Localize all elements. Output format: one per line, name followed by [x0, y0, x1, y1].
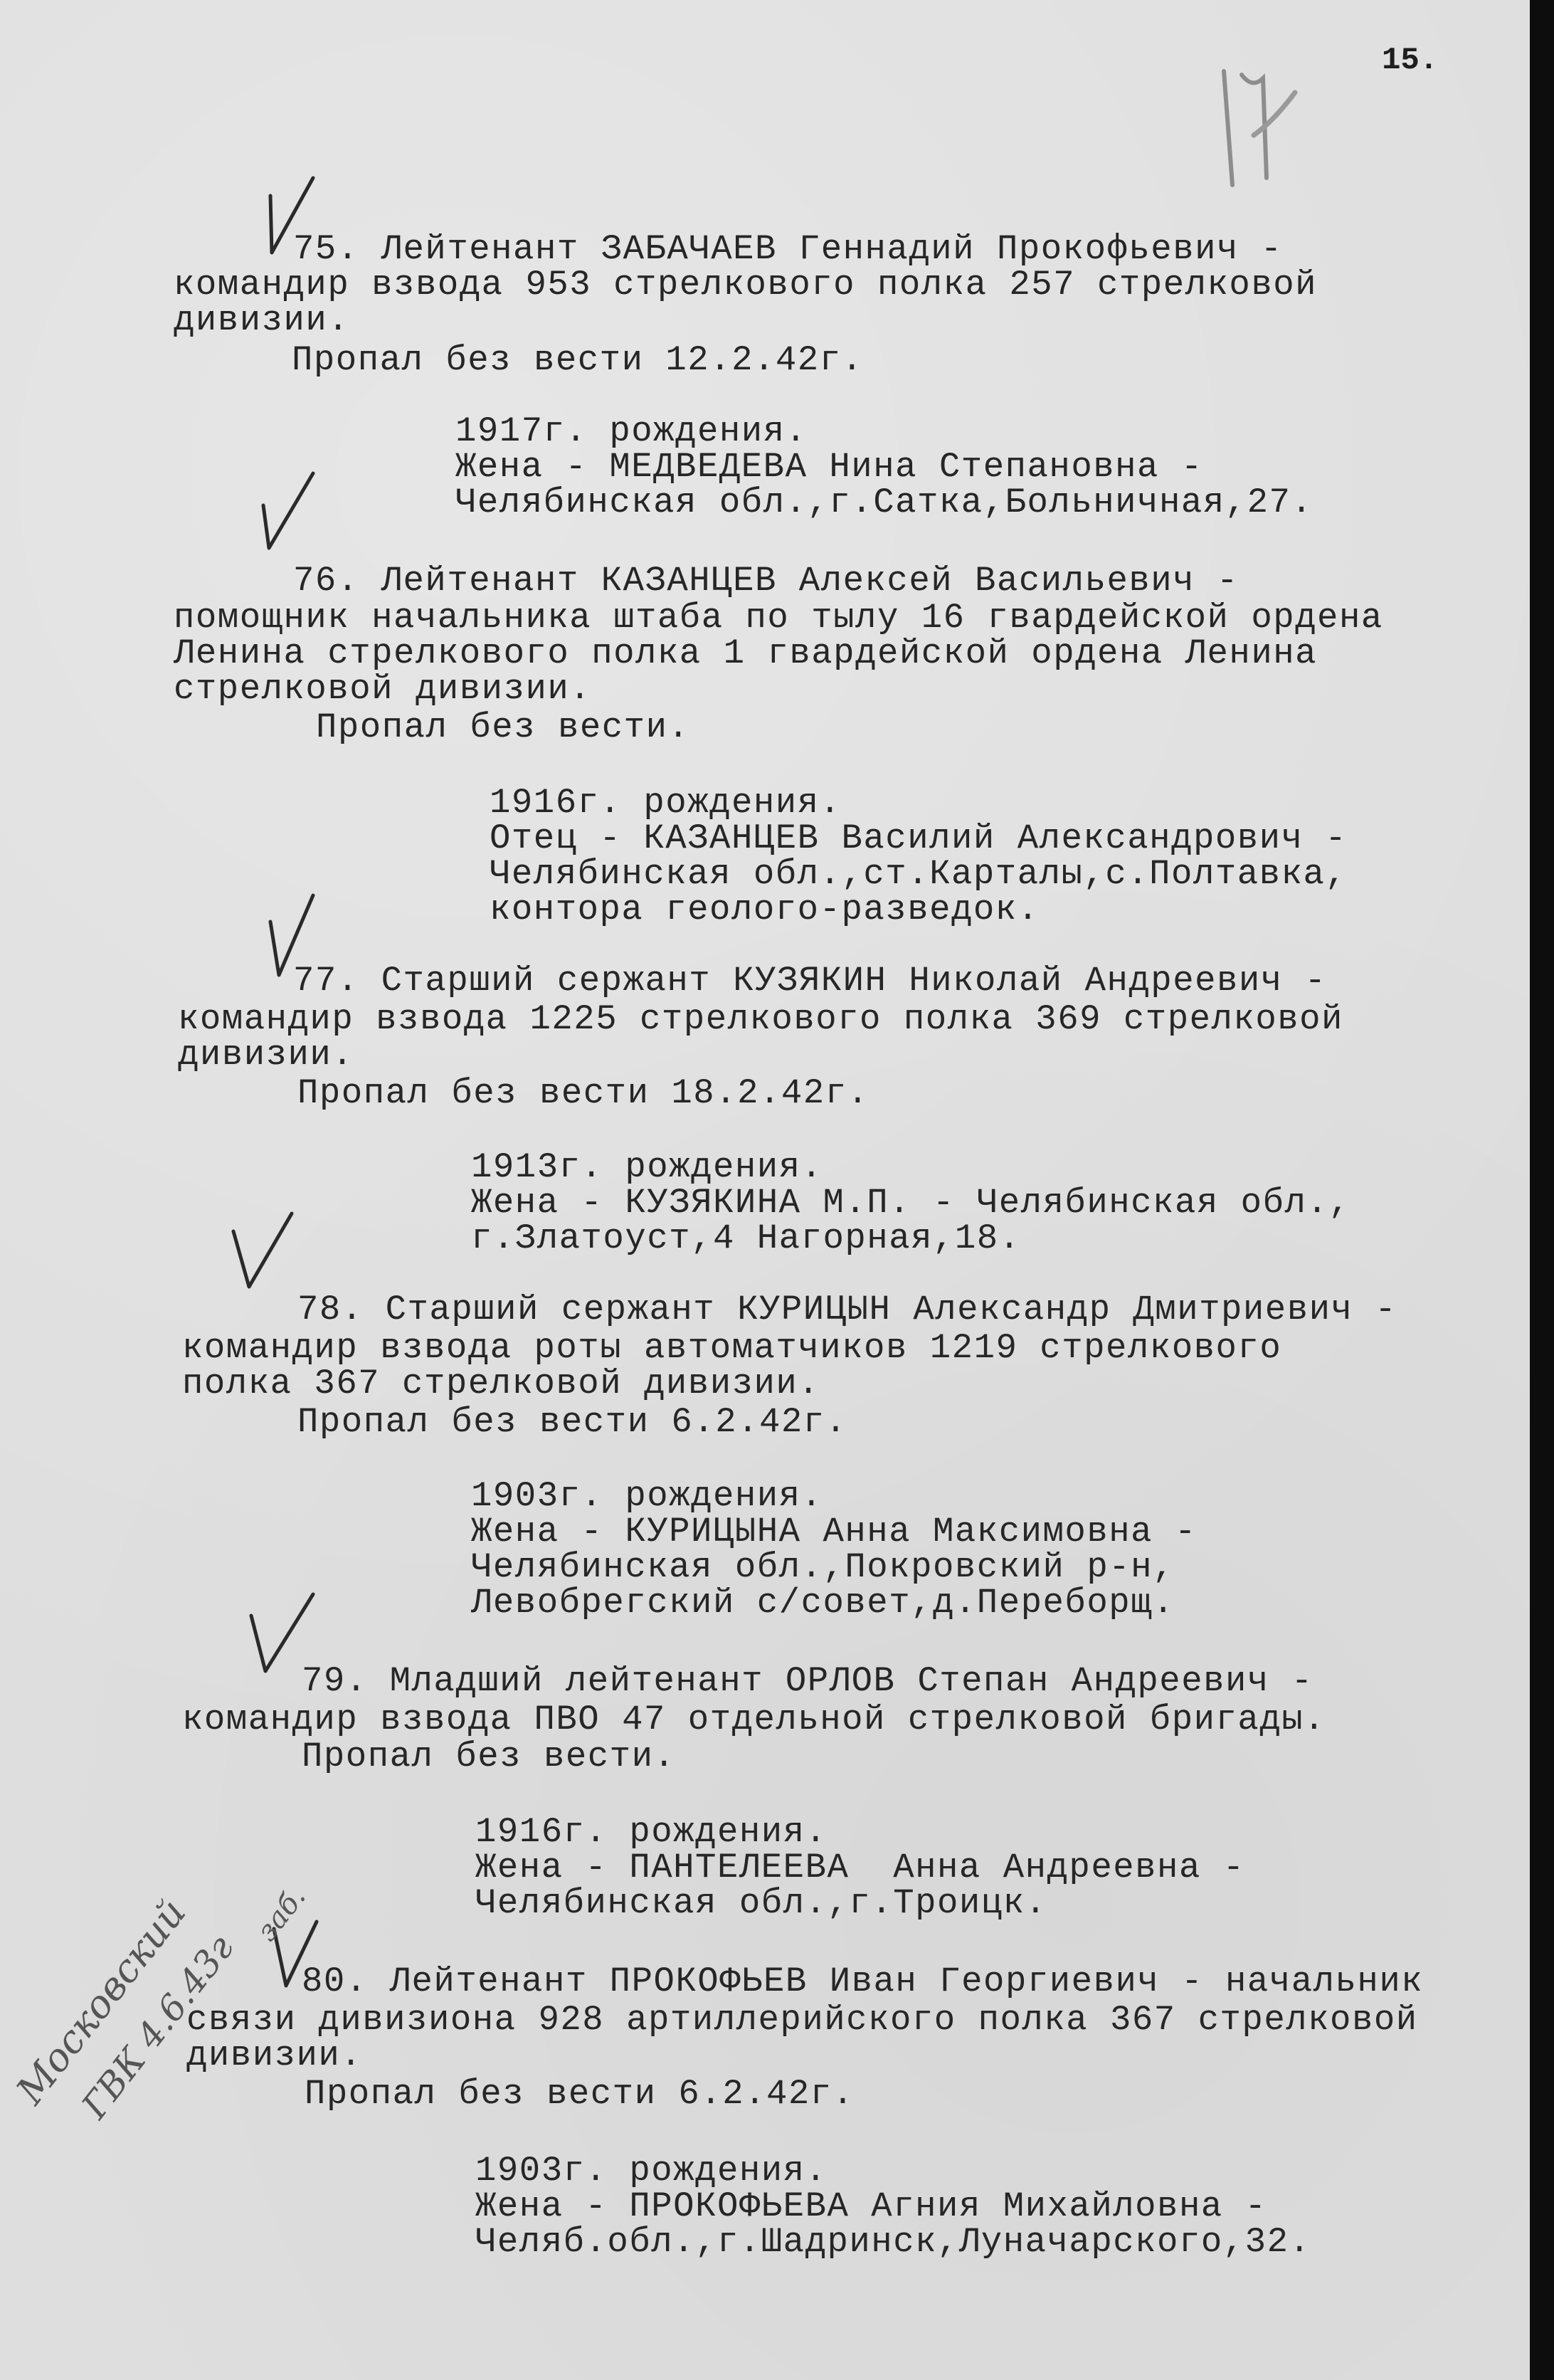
entry-header: 75. Лейтенант ЗАБАЧАЕВ Геннадий Прокофье… [293, 229, 1283, 269]
entry-birth: 1913г. рождения. [471, 1147, 823, 1187]
entry-position: дивизии. [174, 300, 349, 340]
entry-position: стрелковой дивизии. [174, 669, 591, 709]
entry-birth: 1916г. рождения. [490, 783, 841, 823]
entry-relative: г.Златоуст,4 Нагорная,18. [471, 1218, 1021, 1258]
entry-position: командир взвода 1225 стрелкового полка 3… [178, 999, 1343, 1039]
handwritten-page-number [1210, 50, 1366, 192]
entry-relative: Челябинская обл.,г.Сатка,Больничная,27. [455, 483, 1313, 522]
entry-header: 77. Старший сержант КУЗЯКИН Николай Андр… [293, 961, 1327, 1001]
scan-edge-border [1530, 0, 1554, 2380]
entry-relative: Левобрегский с/совет,д.Переборщ. [471, 1583, 1175, 1623]
entry-position: полка 367 стрелковой дивизии. [182, 1364, 820, 1404]
entry-birth: 1903г. рождения. [471, 1476, 823, 1516]
entry-header: 80. Лейтенант ПРОКОФЬЕВ Иван Георгиевич … [302, 1962, 1423, 2001]
entry-relative: Жена - ПРОКОФЬЕВА Агния Михайловна - [475, 2186, 1267, 2226]
entry-relative: Челябинская обл.,ст.Карталы,с.Полтавка, [490, 854, 1347, 894]
entry-status: Пропал без вести 6.2.42г. [297, 1402, 847, 1442]
check-mark-icon [228, 1203, 306, 1295]
archival-document-page: 15. Московский ГВК 4.6.43г заб. 75. Лейт… [0, 0, 1530, 2380]
entry-status: Пропал без вести 12.2.42г. [292, 340, 864, 380]
entry-status: Пропал без вести. [316, 707, 689, 747]
entry-relative: Челябинская обл.,Покровский р-н, [471, 1547, 1175, 1587]
entry-relative: Жена - МЕДВЕДЕВА Нина Степановна - [455, 447, 1203, 487]
entry-status: Пропал без вести 18.2.42г. [297, 1073, 869, 1113]
entry-birth: 1916г. рождения. [475, 1812, 827, 1852]
entry-header: 78. Старший сержант КУРИЦЫН Александр Дм… [297, 1290, 1397, 1329]
entry-relative: Жена - ПАНТЕЛЕЕВА Анна Андреевна - [475, 1848, 1245, 1887]
entry-header: 79. Младший лейтенант ОРЛОВ Степан Андре… [302, 1661, 1313, 1701]
entry-relative: Жена - КУЗЯКИНА М.П. - Челябинская обл., [471, 1183, 1350, 1223]
entry-position: помощник начальника штаба по тылу 16 гва… [174, 598, 1383, 638]
entry-position: дивизии. [178, 1035, 354, 1075]
svg-text:заб.: заб. [250, 1881, 312, 1948]
entry-relative: Жена - КУРИЦЫНА Анна Максимовна - [471, 1512, 1197, 1552]
entry-position: командир взвода 953 стрелкового полка 25… [174, 265, 1317, 305]
entry-status: Пропал без вести 6.2.42г. [305, 2074, 855, 2114]
entry-relative: Челяб.обл.,г.Шадринск,Луначарского,32. [475, 2222, 1311, 2262]
entry-status: Пропал без вести. [302, 1737, 675, 1776]
page-number: 15. [1382, 43, 1438, 78]
entry-header: 76. Лейтенант КАЗАНЦЕВ Алексей Васильеви… [293, 561, 1239, 601]
entry-birth: 1903г. рождения. [475, 2151, 827, 2191]
entry-position: Ленина стрелкового полка 1 гвардейской о… [174, 633, 1317, 673]
entry-relative: Челябинская обл.,г.Троицк. [475, 1883, 1047, 1923]
entry-relative: контора геолого-разведок. [490, 890, 1040, 930]
entry-position: связи дивизиона 928 артиллерийского полк… [186, 2000, 1418, 2040]
check-mark-icon [256, 463, 334, 555]
entry-position: дивизии. [186, 2036, 362, 2075]
entry-birth: 1917г. рождения. [455, 411, 807, 451]
entry-position: командир взвода роты автоматчиков 1219 с… [182, 1328, 1281, 1368]
entry-position: командир взвода ПВО 47 отдельной стрелко… [182, 1700, 1326, 1739]
entry-relative: Отец - КАЗАНЦЕВ Василий Александрович - [490, 818, 1347, 858]
